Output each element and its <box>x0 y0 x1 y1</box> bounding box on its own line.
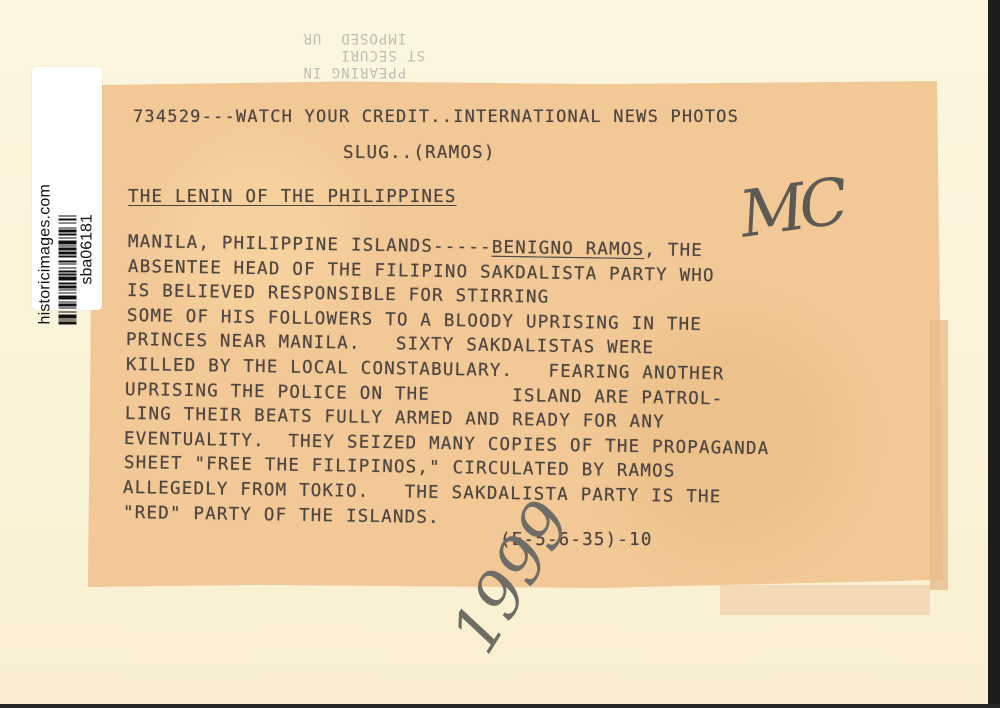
caption-headline: THE LENIN OF THE PHILIPPINES <box>128 187 457 207</box>
scan-edge-right <box>988 0 1000 708</box>
label-site-name: historicimages.com <box>37 184 55 325</box>
reverse-stamp-text: PPEARING IN ST SECURI IMPOSED UR <box>215 5 425 80</box>
barcode <box>59 160 77 325</box>
scan-edge-bottom <box>0 704 1000 708</box>
paper-stain-lower <box>720 585 930 615</box>
label-content: historicimages.com sba06181 <box>33 102 103 345</box>
paper-stain <box>930 320 948 590</box>
handwritten-initials: MC <box>735 165 847 253</box>
archive-barcode-label: historicimages.com sba06181 <box>32 67 102 310</box>
underlined-name: BENIGNO RAMOS <box>492 238 645 260</box>
caption-header-line-1: 734529---WATCH YOUR CREDIT..INTERNATIONA… <box>133 107 739 127</box>
caption-header-slug: SLUG..(RAMOS) <box>343 143 496 163</box>
label-item-id: sba06181 <box>79 214 97 284</box>
